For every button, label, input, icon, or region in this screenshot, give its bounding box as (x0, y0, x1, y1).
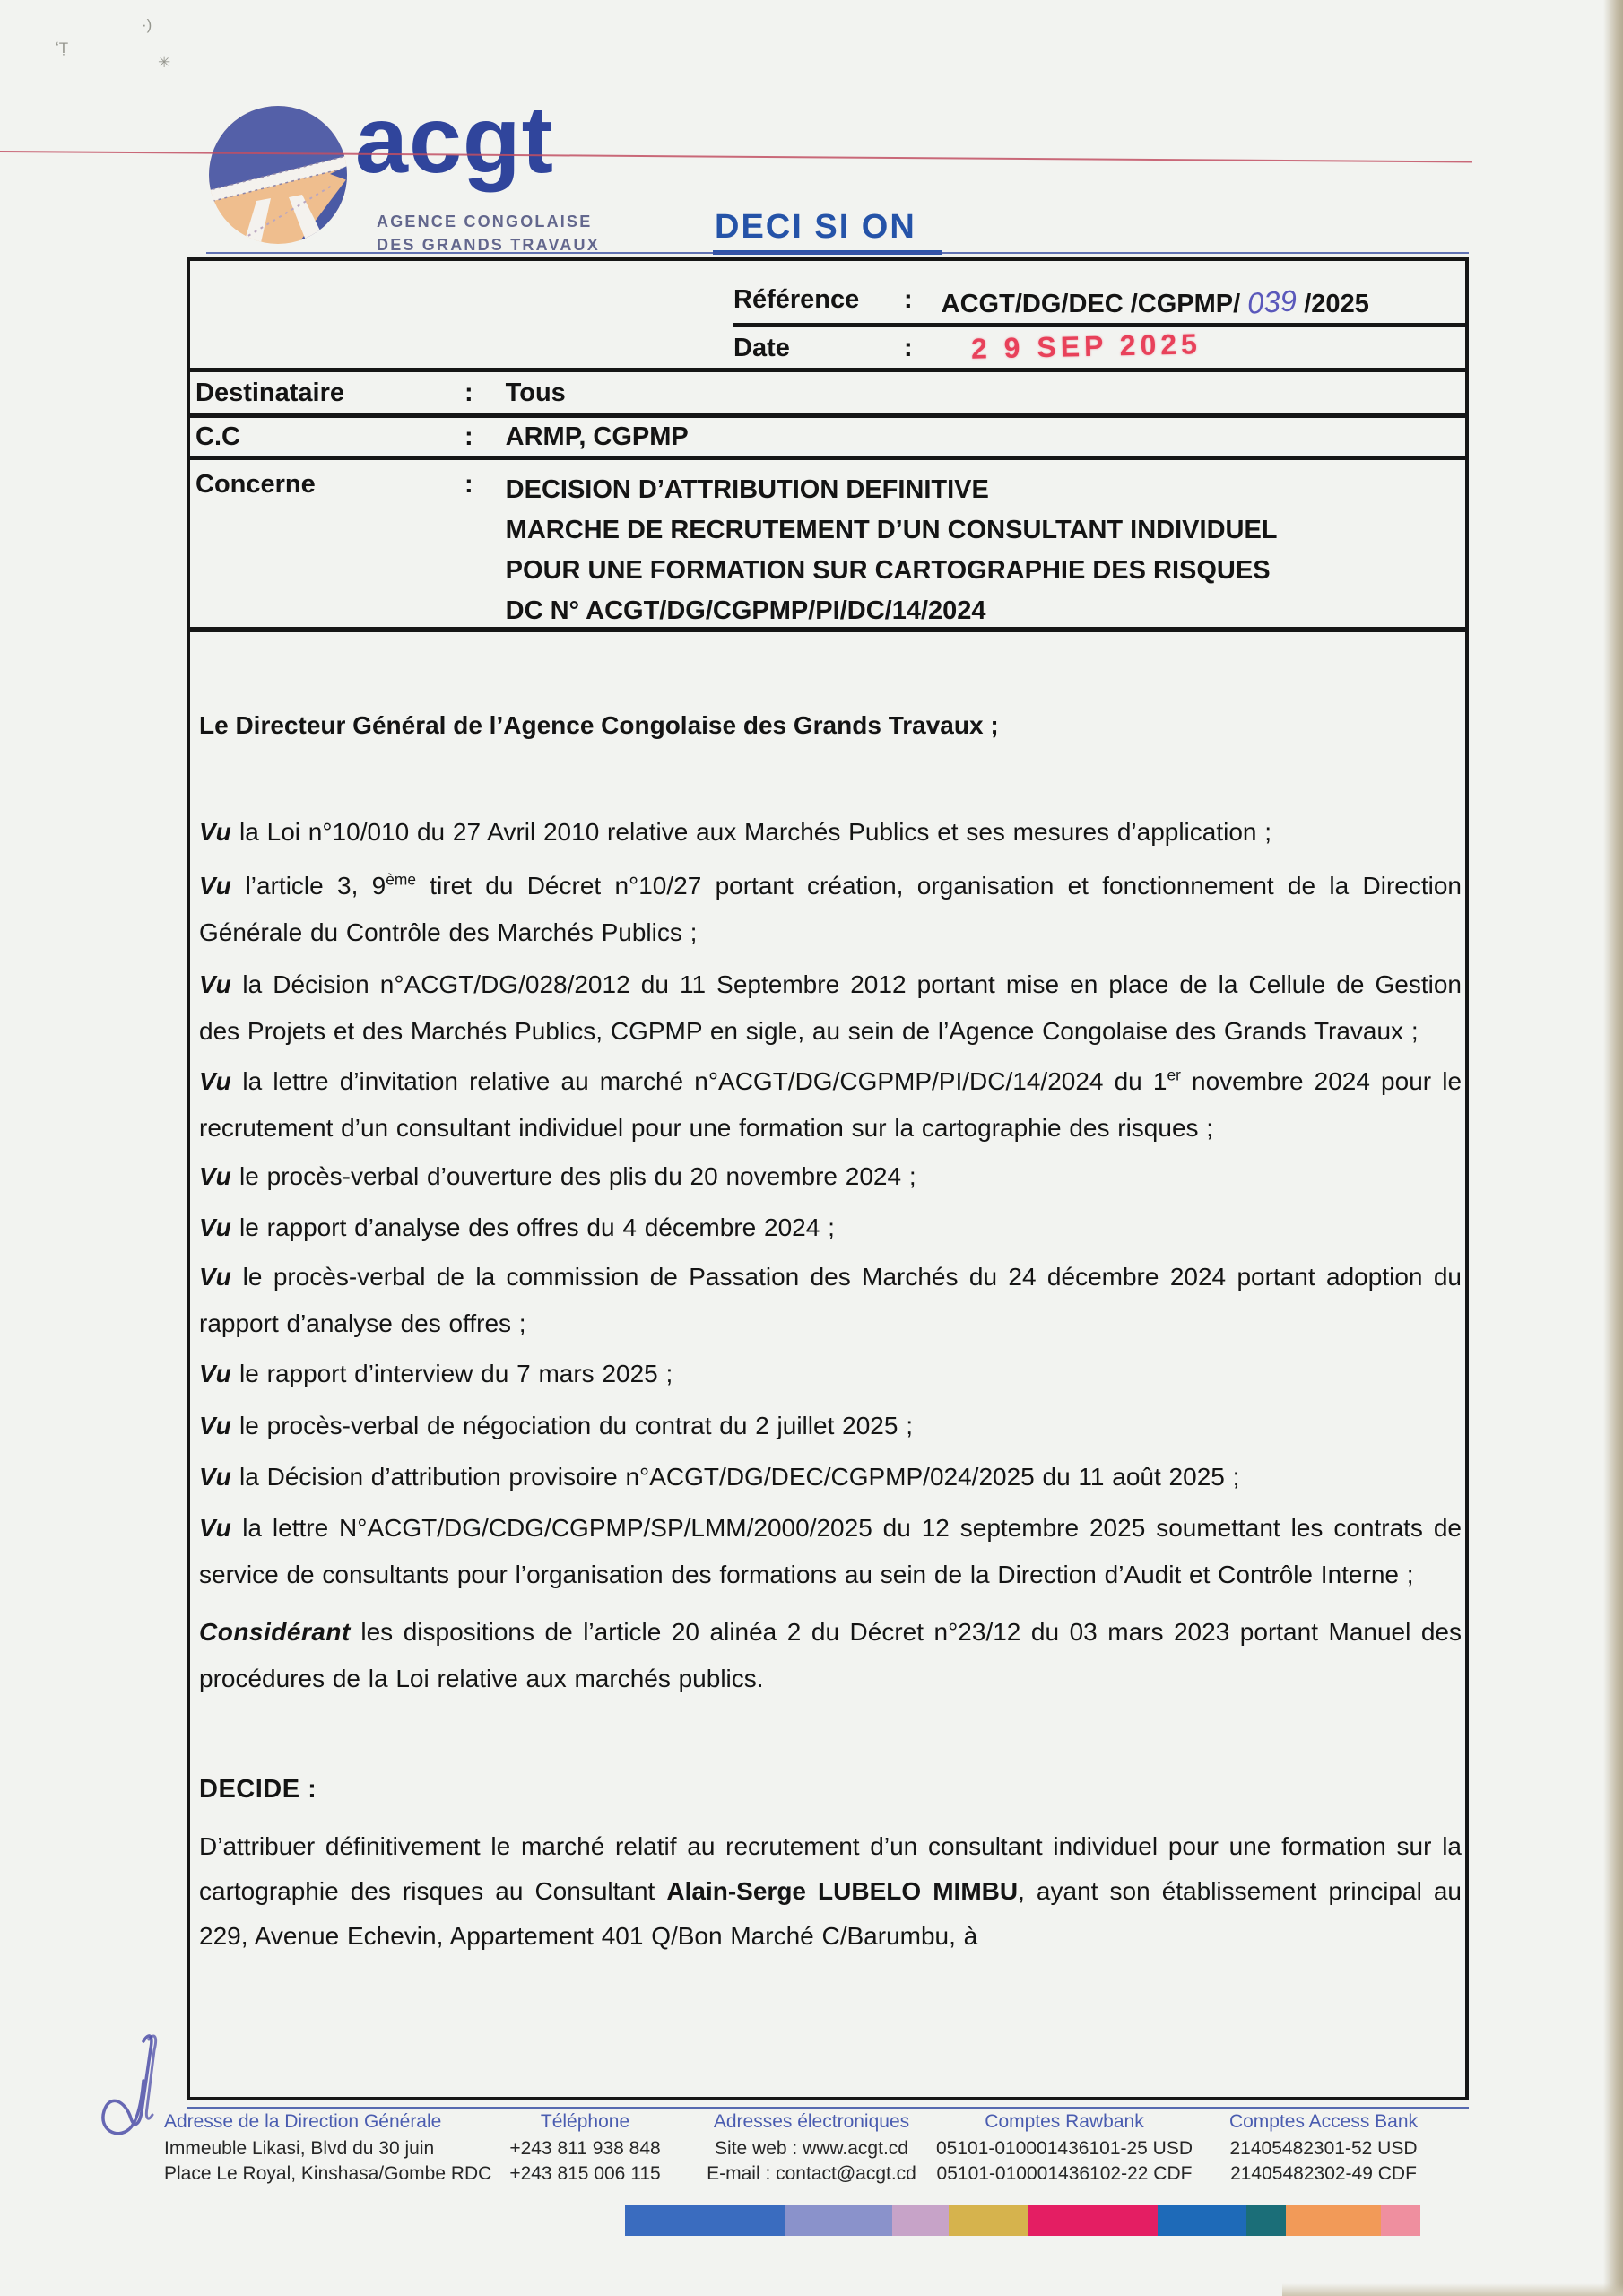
salutation: Le Directeur Général de l’Agence Congola… (199, 702, 1462, 749)
table-divider (187, 456, 1469, 460)
reference-row: Référence : ACGT/DG/DEC /CGPMP/039/2025 (733, 285, 1369, 319)
stripe-segment (1158, 2205, 1246, 2236)
concerne-line: POUR UNE FORMATION SUR CARTOGRAPHIE DES … (506, 551, 1278, 591)
logo-org-line1: AGENCE CONGOLAISE (377, 213, 673, 231)
concerne-line: MARCHE DE RECRUTEMENT D’UN CONSULTANT IN… (506, 510, 1278, 551)
stripe-segment (1286, 2205, 1381, 2236)
document-title: DECI SI ON (715, 208, 916, 247)
decide-heading: DECIDE : (199, 1766, 1462, 1813)
footer-rawbank-line: 05101-010001436102-22 CDF (916, 2161, 1212, 2187)
stripe-segment (1028, 2205, 1158, 2236)
paragraph-text: la Loi n°10/010 du 27 Avril 2010 relativ… (231, 818, 1271, 846)
paragraph-text: la Décision d’attribution provisoire n°A… (231, 1463, 1239, 1491)
scanned-decision-document: ʻṬ·)✳ acgt AGENCE CONGOLAISE DES GRANDS … (0, 0, 1623, 2296)
footer-address-header: Adresse de la Direction Générale (164, 2109, 523, 2135)
paragraph-text: le procès-verbal de la commission de Pas… (199, 1263, 1462, 1337)
acgt-logo-icon (206, 103, 350, 247)
concerne-colon: : (464, 470, 473, 500)
document-body: Le Directeur Général de l’Agence Congola… (199, 627, 1462, 1959)
superscript: er (1167, 1066, 1180, 1084)
footer-website-line: Site web : www.acgt.cd (690, 2136, 933, 2161)
paragraph-text: l’article 3, 9 (231, 872, 386, 900)
logo-wordmark: acgt (355, 86, 554, 195)
vu-paragraph: Vu le rapport d’analyse des offres du 4 … (199, 1205, 1462, 1251)
paragraph-text: le rapport d’interview du 7 mars 2025 ; (231, 1360, 673, 1387)
footer-phone-header: Téléphone (484, 2109, 686, 2135)
paragraph-text: la lettre N°ACGT/DG/CDG/CGPMP/SP/LMM/200… (199, 1514, 1462, 1588)
destinataire-value: Tous (506, 378, 566, 408)
paragraph-text: le procès-verbal de négociation du contr… (231, 1412, 913, 1439)
vu-paragraph: Vu le procès-verbal de négociation du co… (199, 1403, 1462, 1449)
footer-phone-column: Téléphone +243 811 938 848 +243 815 006 … (484, 2109, 686, 2187)
concerne-label: Concerne (195, 470, 464, 500)
vu-lead: Vu (199, 1213, 231, 1241)
vu-paragraph: Vu la Décision n°ACGT/DG/028/2012 du 11 … (199, 961, 1462, 1055)
destinataire-label: Destinataire (195, 378, 464, 408)
stripe-segment (892, 2205, 949, 2236)
paragraph-text: la lettre d’invitation relative au march… (231, 1067, 1167, 1095)
stripe-segment (949, 2205, 1028, 2236)
cc-value: ARMP, CGPMP (506, 422, 689, 452)
concerne-row: Concerne : DECISION D’ATTRIBUTION DEFINI… (195, 470, 1278, 631)
concerne-line: DECISION D’ATTRIBUTION DEFINITIVE (506, 470, 1278, 510)
stripe-segment (625, 2205, 785, 2236)
vu-lead: Vu (199, 970, 231, 998)
vu-lead: Vu (199, 1463, 231, 1491)
footer-stripe (625, 2205, 1420, 2236)
stripe-segment (1246, 2205, 1286, 2236)
vu-lead: Vu (199, 872, 231, 900)
footer-phone-line: +243 815 006 115 (484, 2161, 686, 2187)
vu-paragraph: Vu la lettre d’invitation relative au ma… (199, 1058, 1462, 1152)
table-divider (187, 368, 1469, 372)
cc-row: C.C : ARMP, CGPMP (195, 422, 689, 452)
date-colon: : (904, 334, 913, 363)
vu-paragraph: Vu le procès-verbal d’ouverture des plis… (199, 1153, 1462, 1200)
footer-address-line: Immeuble Likasi, Blvd du 30 juin (164, 2136, 523, 2161)
footer-accessbank-line: 21405482301-52 USD (1216, 2136, 1431, 2161)
stripe-segment (785, 2205, 892, 2236)
considerant-paragraph: Considérant les dispositions de l’articl… (199, 1609, 1462, 1702)
footer-accessbank-line: 21405482302-49 CDF (1216, 2161, 1431, 2187)
vu-paragraph: Vu le procès-verbal de la commission de … (199, 1254, 1462, 1347)
reference-colon: : (904, 285, 913, 315)
date-row: Date : (733, 334, 913, 363)
date-label: Date (733, 334, 904, 363)
paragraph-text: le procès-verbal d’ouverture des plis du… (231, 1162, 916, 1190)
vu-lead: Vu (199, 1162, 231, 1190)
cc-label: C.C (195, 422, 464, 452)
footer-email-line: E-mail : contact@acgt.cd (690, 2161, 933, 2187)
reference-number-handwritten: 039 (1246, 283, 1298, 321)
vu-paragraph: Vu la Décision d’attribution provisoire … (199, 1454, 1462, 1500)
date-stamp: 2 9 SEP 2025 (971, 327, 1202, 365)
scan-pen-mark: ʻṬ (56, 39, 68, 57)
logo-org-line2: DES GRANDS TRAVAUX (377, 236, 673, 255)
footer-phone-line: +243 811 938 848 (484, 2136, 686, 2161)
reference-prefix: ACGT/DG/DEC /CGPMP/ (942, 290, 1241, 318)
footer-email-column: Adresses électroniques Site web : www.ac… (690, 2109, 933, 2187)
attribution-paragraph: D’attribuer définitivement le marché rel… (199, 1824, 1462, 1959)
vu-paragraph: Vu la lettre N°ACGT/DG/CDG/CGPMP/SP/LMM/… (199, 1505, 1462, 1598)
destinataire-row: Destinataire : Tous (195, 378, 566, 408)
footer-accessbank-header: Comptes Access Bank (1216, 2109, 1431, 2135)
scan-edge (1603, 0, 1623, 2296)
footer-email-header: Adresses électroniques (690, 2109, 933, 2135)
vu-paragraph: Vu l’article 3, 9ème tiret du Décret n°1… (199, 863, 1462, 956)
destinataire-colon: : (464, 378, 473, 408)
vu-lead: Vu (199, 1067, 231, 1095)
handwritten-paraph-icon (97, 2029, 169, 2181)
scan-pen-mark: ✳ (158, 54, 170, 72)
vu-lead: Vu (199, 1360, 231, 1387)
footer-address-line: Place Le Royal, Kinshasa/Gombe RDC (164, 2161, 523, 2187)
vu-lead: Vu (199, 818, 231, 846)
cc-colon: : (464, 422, 473, 452)
reference-label: Référence (733, 285, 904, 315)
footer-rawbank-header: Comptes Rawbank (916, 2109, 1212, 2135)
vu-lead: Vu (199, 1263, 231, 1291)
vu-lead: Vu (199, 1514, 231, 1542)
scan-pen-mark: ·) (142, 16, 152, 34)
scan-edge-bottom (1282, 2283, 1623, 2296)
reference-suffix: /2025 (1304, 290, 1369, 318)
reference-value: ACGT/DG/DEC /CGPMP/039/2025 (942, 285, 1369, 319)
stripe-segment (1381, 2205, 1420, 2236)
paragraph-text: le rapport d’analyse des offres du 4 déc… (231, 1213, 835, 1241)
paragraph-text: les dispositions de l’article 20 alinéa … (199, 1618, 1462, 1692)
footer-rawbank-column: Comptes Rawbank 05101-010001436101-25 US… (916, 2109, 1212, 2187)
footer-address-column: Adresse de la Direction Générale Immeubl… (164, 2109, 523, 2187)
vu-paragraph: Vu le rapport d’interview du 7 mars 2025… (199, 1351, 1462, 1397)
footer-rawbank-line: 05101-010001436101-25 USD (916, 2136, 1212, 2161)
footer-accessbank-column: Comptes Access Bank 21405482301-52 USD 2… (1216, 2109, 1431, 2187)
consultant-name: Alain-Serge LUBELO MIMBU (666, 1877, 1018, 1905)
paragraph-text: la Décision n°ACGT/DG/028/2012 du 11 Sep… (199, 970, 1462, 1045)
considerant-lead: Considérant (199, 1618, 351, 1646)
table-divider (733, 323, 1469, 327)
table-divider (187, 413, 1469, 418)
vu-paragraph: Vu la Loi n°10/010 du 27 Avril 2010 rela… (199, 809, 1462, 856)
superscript: ème (386, 871, 416, 889)
concerne-value: DECISION D’ATTRIBUTION DEFINITIVE MARCHE… (506, 470, 1278, 631)
vu-lead: Vu (199, 1412, 231, 1439)
concerne-line: DC N° ACGT/DG/CGPMP/PI/DC/14/2024 (506, 591, 1278, 631)
